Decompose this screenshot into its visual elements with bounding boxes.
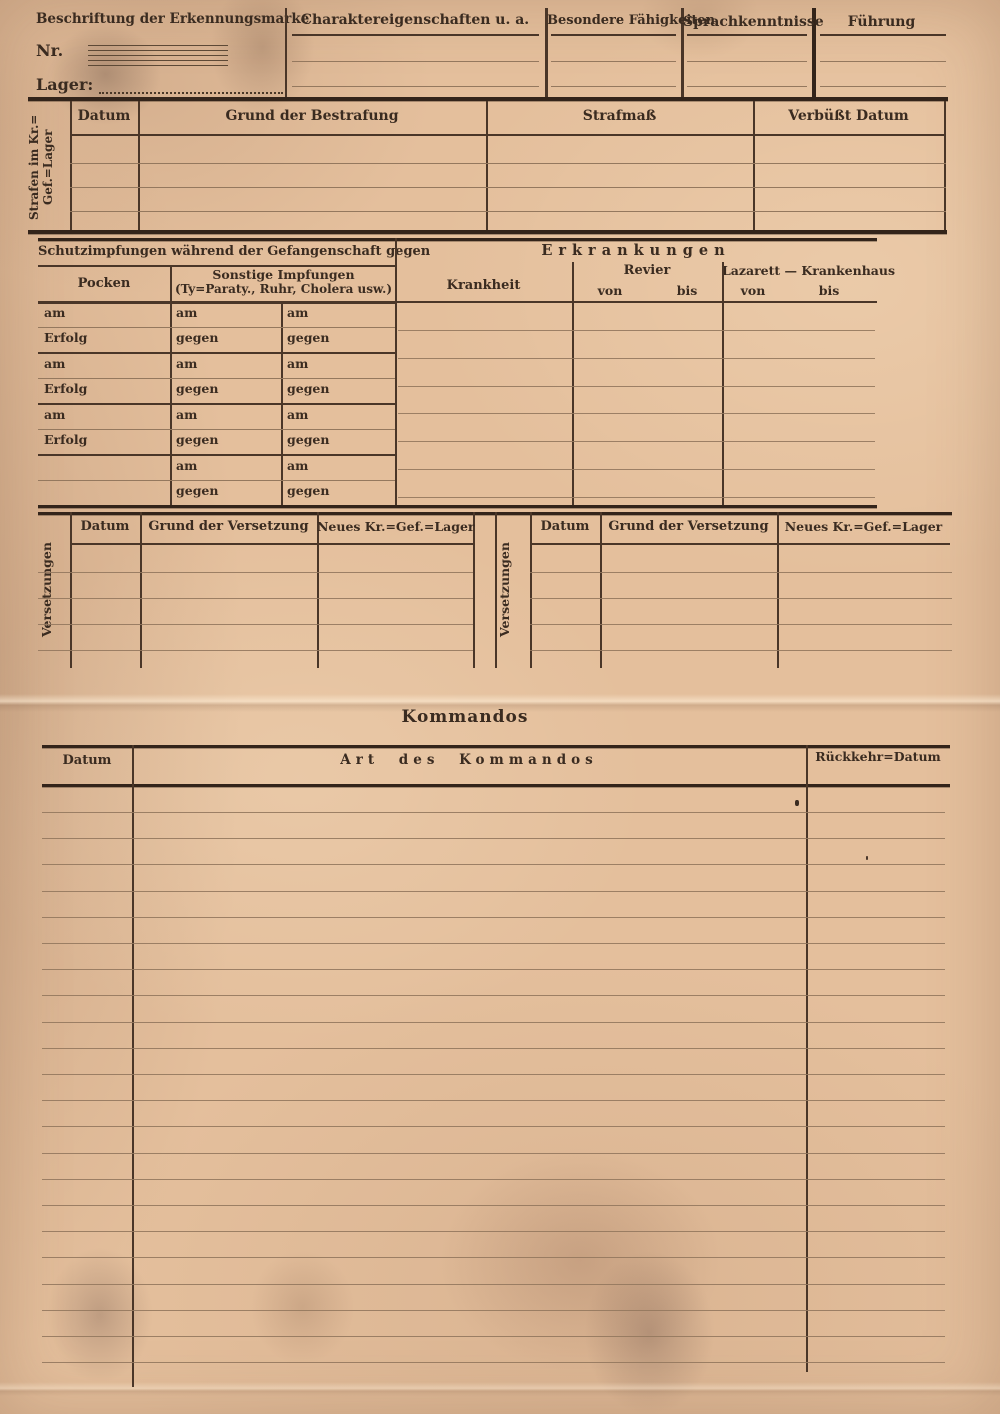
header-underline [292,34,539,36]
ruled-line [42,1205,945,1206]
versetzungen-left-col-datum: Datum [70,520,140,535]
ruled-line [42,891,945,892]
ruled-line [398,386,875,387]
impf-row-label: gegen [176,382,218,396]
impf-row-label: Erfolg [44,433,87,447]
ruled-line [398,330,875,331]
lager-label: Lager: [36,76,93,94]
ruled-line [42,1074,945,1075]
section-border [28,97,948,101]
nr-writing-lines[interactable] [88,45,228,66]
pow-record-card-page: Beschriftung der Erkennungsmarke Nr. Lag… [0,0,1000,1414]
impfungen-col-pocken: Pocken [38,277,170,292]
impf-row-label: am [44,357,65,371]
ruled-line [42,1310,945,1311]
erkrankungen-lazarett-bis: bis [798,284,860,298]
writing-line[interactable] [292,86,539,87]
col-charakter-header: Charaktereigenschaften u. a. [287,12,543,28]
strafen-col-verbuesst: Verbüßt Datum [753,108,944,124]
paper-stain [45,1245,155,1385]
impf-row-label: gegen [176,433,218,447]
writing-line[interactable] [820,61,946,62]
row-line[interactable] [38,403,395,405]
impf-row-label: gegen [287,331,329,345]
lager-writing-line[interactable] [99,76,283,94]
kommandos-col-art: Art des Kommandos [132,753,806,769]
table-divider [473,512,475,668]
versetzungen-side-label-middle: Versetzungen [498,518,527,662]
ruled-line [42,1179,945,1180]
ruled-line [38,598,473,599]
writing-line[interactable] [70,187,946,188]
ruled-line [398,413,875,414]
col-sprachkenntnisse-header: Sprachkenntnisse [683,14,810,30]
header-underline [530,543,950,545]
table-border [42,784,950,787]
paper-stain [250,1250,355,1365]
impf-row-label: am [287,306,308,320]
erkrankungen-revier-bis: bis [657,284,717,298]
ruled-line [530,624,952,625]
versetzungen-right-col-grund: Grund der Versetzung [600,520,777,535]
col-fuehrung-header: Führung [817,14,946,30]
ruled-line [398,441,875,442]
row-line[interactable] [38,429,395,430]
writing-line[interactable] [292,61,539,62]
row-line[interactable] [38,352,395,354]
id-section-title: Beschriftung der Erkennungsmarke [36,12,268,28]
impf-row-label: am [287,408,308,422]
ruled-line [42,917,945,918]
versetzungen-right-col-lager: Neues Kr.=Gef.=Lager [777,520,950,534]
ruled-line [42,812,945,813]
ruled-line [42,969,945,970]
erkrankungen-col-lazarett: Lazarett — Krankenhaus [722,264,877,278]
versetzungen-right-col-datum: Datum [530,520,600,535]
impf-row-label: am [176,408,197,422]
ruled-line [42,943,945,944]
table-divider [530,512,532,668]
ruled-line [530,572,952,573]
versetzungen-side-label-left: Versetzungen [40,518,66,662]
strafen-side-label: Strafen im Kr.= Gef.=Lager [28,103,68,231]
impf-row-label: am [287,357,308,371]
impfungen-col-sonstige-line2: (Ty=Paraty., Ruhr, Cholera usw.) [172,283,395,297]
table-divider [600,512,602,668]
impf-row-label: am [176,306,197,320]
section-border [38,505,877,508]
erkrankungen-revier-von: von [580,284,640,298]
impf-row-label: am [287,459,308,473]
col-faehigkeiten-header: Besondere Fähigkeiten [547,14,679,29]
strafen-col-datum: Datum [70,108,138,124]
section-border [28,230,947,234]
strafen-side-label-line1: Strafen im Kr.= [28,103,42,231]
ruled-line [42,995,945,996]
row-line[interactable] [38,480,395,481]
ruled-line [398,469,875,470]
versetzungen-left-col-grund: Grund der Versetzung [140,520,317,535]
impfungen-col-sonstige-line1: Sonstige Impfungen [172,268,395,282]
ruled-line [38,624,473,625]
writing-line[interactable] [820,86,946,87]
writing-line[interactable] [551,61,676,62]
ruled-line [530,598,952,599]
strafen-side-label-line2: Gef.=Lager [42,103,56,231]
impf-row-label: gegen [287,484,329,498]
ruled-line [42,1048,945,1049]
ruled-line [42,1284,945,1285]
impf-row-label: Erfolg [44,331,87,345]
table-border [42,745,950,748]
impf-row-label: am [176,357,197,371]
impf-row-label: gegen [176,331,218,345]
erkrankungen-col-krankheit: Krankheit [395,279,572,294]
ruled-line [42,1022,945,1023]
strafen-col-strafmass: Strafmaß [486,108,753,124]
nr-label: Nr. [36,42,63,60]
writing-line[interactable] [70,163,946,164]
ruled-line [42,1362,945,1363]
impf-row-label: am [44,306,65,320]
writing-line[interactable] [687,61,807,62]
header-underline [70,134,946,136]
header-underline [687,34,807,36]
ruled-line [42,838,945,839]
table-divider [317,512,319,668]
paper-stain [430,1140,730,1380]
strafen-col-grund: Grund der Bestrafung [138,108,486,124]
ruled-line [398,358,875,359]
writing-line[interactable] [687,86,807,87]
versetzungen-left-col-lager: Neues Kr.=Gef.=Lager [317,520,473,534]
kommandos-col-rueckkehr: Rückkehr=Datum [806,750,950,764]
erkrankungen-col-revier: Revier [572,264,722,279]
ruled-line [42,1100,945,1101]
ruled-line [42,1153,945,1154]
table-divider [944,101,946,232]
impf-row-label: gegen [287,433,329,447]
ruled-line [42,1336,945,1337]
erkrankungen-title: Erkrankungen [395,243,877,260]
impfungen-title: Schutzimpfungen während der Gefangenscha… [38,245,395,260]
table-divider [777,512,779,668]
ruled-line [38,650,473,651]
erkrankungen-lazarett-von: von [722,284,784,298]
writing-line[interactable] [70,211,946,212]
header-underline [395,301,877,303]
table-divider [140,512,142,668]
impf-row-label: gegen [287,382,329,396]
section-border [38,238,877,241]
row-line[interactable] [38,327,395,328]
ruled-line [398,497,875,498]
ruled-line [42,1126,945,1127]
header-underline [38,301,395,304]
kommandos-col-datum: Datum [42,754,132,769]
kommandos-title: Kommandos [350,708,580,728]
impf-row-label: am [176,459,197,473]
header-underline [551,34,676,36]
header-underline [820,34,946,36]
table-divider [70,512,72,668]
ink-speck [795,800,799,806]
paper-stain [582,1248,717,1414]
ruled-line [38,572,473,573]
impf-row-label: gegen [176,484,218,498]
impf-row-label: am [44,408,65,422]
ruled-line [42,1231,945,1232]
table-divider [132,745,134,1387]
row-line[interactable] [38,454,395,456]
writing-line[interactable] [551,86,676,87]
ruled-line [42,864,945,865]
table-divider [170,265,172,506]
ruled-line [530,650,952,651]
impf-row-label: Erfolg [44,382,87,396]
ruled-line [42,1257,945,1258]
fold-crease [0,1382,1000,1396]
row-line[interactable] [38,378,395,379]
header-underline [70,543,473,545]
